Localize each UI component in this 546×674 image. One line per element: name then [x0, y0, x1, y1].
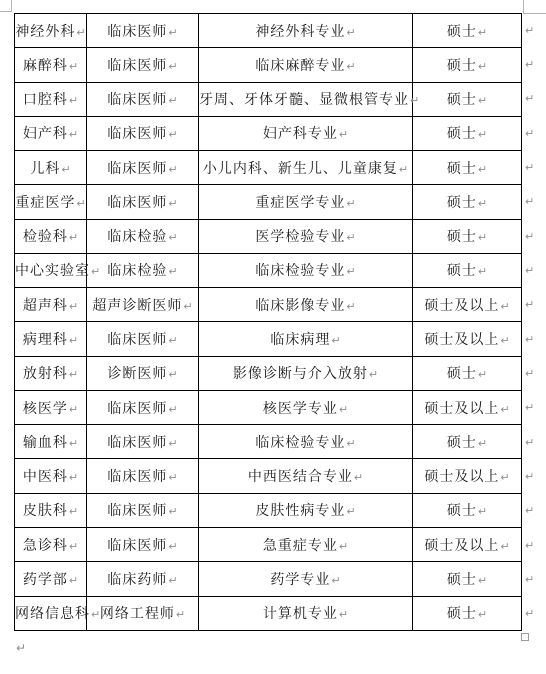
- cell-text: 临床影像专业: [255, 299, 345, 314]
- cell-text: 重症医学专业: [255, 196, 345, 211]
- cell-text: 重症医学: [15, 196, 75, 211]
- cell-text: 临床检验: [107, 264, 167, 279]
- paragraph-mark-icon: ↵: [69, 334, 78, 347]
- cell-text: 神经外科: [15, 25, 75, 40]
- cell-text: 硕士: [447, 230, 477, 245]
- table-cell-degree-requirement[interactable]: 硕士及以上↵: [413, 459, 522, 493]
- paragraph-mark-icon: ↵: [399, 163, 408, 176]
- paragraph-mark-icon: ↵: [69, 540, 78, 553]
- paragraph-mark-icon: ↵: [168, 437, 177, 450]
- table-cell-position-title[interactable]: 临床检验↵: [87, 219, 199, 253]
- table-cell-specialty[interactable]: 医学检验专业↵: [199, 219, 413, 253]
- table-cell-degree-requirement[interactable]: 硕士↵: [413, 48, 522, 82]
- cell-text: 超声诊断医师: [92, 299, 182, 314]
- paragraph-mark-icon: ↵: [339, 128, 348, 141]
- table-cell-department[interactable]: 输血科↵: [15, 425, 87, 459]
- cell-text: 检验科: [23, 230, 68, 245]
- table-cell-department[interactable]: 中医科↵: [15, 459, 87, 493]
- table-cell-degree-requirement[interactable]: 硕士↵: [413, 596, 522, 630]
- table-cell-department[interactable]: 儿科↵: [15, 151, 87, 185]
- table-cell-specialty[interactable]: 小儿内科、新生儿、儿童康复↵: [199, 151, 413, 185]
- table-cell-degree-requirement[interactable]: 硕士↵: [413, 14, 522, 48]
- table-row: 重症医学↵临床医师↵重症医学专业↵硕士↵: [15, 185, 522, 219]
- cell-text: 临床麻醉专业: [255, 59, 345, 74]
- table-cell-degree-requirement[interactable]: 硕士↵: [413, 116, 522, 150]
- paragraph-mark-icon: ↵: [168, 540, 177, 553]
- paragraph-mark-icon: ↵: [168, 94, 177, 107]
- table-cell-degree-requirement[interactable]: 硕士↵: [413, 151, 522, 185]
- end-of-row-mark-icon: ↵: [525, 47, 543, 81]
- table-cell-degree-requirement[interactable]: 硕士↵: [413, 356, 522, 390]
- cell-text: 药学专业: [270, 573, 330, 588]
- table-cell-degree-requirement[interactable]: 硕士↵: [413, 562, 522, 596]
- end-of-row-mark-icon: ↵: [525, 494, 543, 528]
- paragraph-mark-icon: ↵: [410, 94, 419, 107]
- table-cell-specialty[interactable]: 临床病理↵: [199, 322, 413, 356]
- recruitment-positions-table: 神经外科↵临床医师↵神经外科专业↵硕士↵麻醉科↵临床医师↵临床麻醉专业↵硕士↵口…: [14, 13, 522, 631]
- table-cell-position-title[interactable]: 网络工程师↵: [87, 596, 199, 630]
- cell-text: 诊断医师: [107, 367, 167, 382]
- paragraph-mark-icon: ↵: [61, 163, 70, 176]
- cell-text: 妇产科: [23, 127, 68, 142]
- cell-text: 硕士: [447, 264, 477, 279]
- paragraph-mark-icon: ↵: [69, 128, 78, 141]
- paragraph-mark-icon: ↵: [168, 163, 177, 176]
- table-row: 病理科↵临床医师↵临床病理↵硕士及以上↵: [15, 322, 522, 356]
- end-of-row-mark-icon: ↵: [525, 322, 543, 356]
- end-of-row-mark-icon: ↵: [525, 356, 543, 390]
- cell-text: 硕士: [447, 93, 477, 108]
- paragraph-mark-icon: ↵: [69, 231, 78, 244]
- table-cell-position-title[interactable]: 临床医师↵: [87, 82, 199, 116]
- table-cell-department[interactable]: 药学部↵: [15, 562, 87, 596]
- cell-text: 中医科: [23, 470, 68, 485]
- table-cell-degree-requirement[interactable]: 硕士及以上↵: [413, 527, 522, 561]
- cell-text: 牙周、牙体牙髓、显微根管专业: [199, 93, 409, 108]
- paragraph-mark-icon: ↵: [478, 60, 487, 73]
- table-cell-position-title[interactable]: 临床医师↵: [87, 390, 199, 424]
- table-cell-specialty[interactable]: 核医学专业↵: [199, 390, 413, 424]
- paragraph-mark-icon: ↵: [478, 231, 487, 244]
- cell-text: 药学部: [23, 573, 68, 588]
- cell-text: 小儿内科、新生儿、儿童康复: [203, 162, 398, 177]
- paragraph-mark-icon: ↵: [168, 197, 177, 210]
- end-of-row-mark-icon: ↵: [525, 150, 543, 184]
- cell-text: 输血科: [23, 436, 68, 451]
- paragraph-mark-icon: ↵: [478, 437, 487, 450]
- cell-text: 硕士: [447, 573, 477, 588]
- table-cell-specialty[interactable]: 神经外科专业↵: [199, 14, 413, 48]
- end-of-row-mark-icon: ↵: [525, 185, 543, 219]
- paragraph-mark-icon: ↵: [69, 300, 78, 313]
- paragraph-mark-icon: ↵: [76, 197, 85, 210]
- paragraph-mark-icon: ↵: [69, 60, 78, 73]
- table-cell-specialty[interactable]: 急重症专业↵: [199, 527, 413, 561]
- table-cell-degree-requirement[interactable]: 硕士↵: [413, 185, 522, 219]
- table-row: 麻醉科↵临床医师↵临床麻醉专业↵硕士↵: [15, 48, 522, 82]
- table-cell-position-title[interactable]: 临床医师↵: [87, 459, 199, 493]
- cell-text: 临床医师: [107, 162, 167, 177]
- table-row: 神经外科↵临床医师↵神经外科专业↵硕士↵: [15, 14, 522, 48]
- end-of-row-mark-icon: ↵: [525, 562, 543, 596]
- paragraph-mark-icon: ↵: [168, 265, 177, 278]
- table-row: 网络信息科↵网络工程师↵计算机专业↵硕士↵: [15, 596, 522, 630]
- table-cell-position-title[interactable]: 诊断医师↵: [87, 356, 199, 390]
- word-document-page: { "page": { "background": "#ffffff", "te…: [0, 0, 546, 674]
- end-of-row-mark-icon: ↵: [525, 425, 543, 459]
- table-cell-department[interactable]: 超声科↵: [15, 288, 87, 322]
- paragraph-mark-icon: ↵: [69, 505, 78, 518]
- cell-text: 核医学专业: [263, 402, 338, 417]
- cell-text: 临床检验专业: [255, 264, 345, 279]
- table-cell-degree-requirement[interactable]: 硕士↵: [413, 253, 522, 287]
- table-row: 中心实验室↵临床检验↵临床检验专业↵硕士↵: [15, 253, 522, 287]
- cell-text: 临床医师: [107, 402, 167, 417]
- table-cell-department[interactable]: 检验科↵: [15, 219, 87, 253]
- paragraph-mark-icon: ↵: [331, 334, 340, 347]
- table-row: 妇产科↵临床医师↵妇产科专业↵硕士↵: [15, 116, 522, 150]
- table-row: 超声科↵超声诊断医师↵临床影像专业↵硕士及以上↵: [15, 288, 522, 322]
- cell-text: 急诊科: [23, 539, 68, 554]
- table-row: 检验科↵临床检验↵医学检验专业↵硕士↵: [15, 219, 522, 253]
- table-cell-specialty[interactable]: 妇产科专业↵: [199, 116, 413, 150]
- paragraph-mark-icon: ↵: [168, 231, 177, 244]
- cell-text: 硕士: [447, 436, 477, 451]
- end-of-row-mark-icon: ↵: [525, 528, 543, 562]
- cell-text: 临床医师: [107, 196, 167, 211]
- table-cell-degree-requirement[interactable]: 硕士↵: [413, 425, 522, 459]
- end-of-row-mark-icon: ↵: [525, 13, 543, 47]
- table-cell-specialty[interactable]: 皮肤性病专业↵: [199, 493, 413, 527]
- table-cell-department[interactable]: 放射科↵: [15, 356, 87, 390]
- cell-text: 硕士及以上: [424, 539, 499, 554]
- table-row: 核医学↵临床医师↵核医学专业↵硕士及以上↵: [15, 390, 522, 424]
- cell-text: 硕士及以上: [424, 402, 499, 417]
- table-row: 放射科↵诊断医师↵影像诊断与介入放射↵硕士↵: [15, 356, 522, 390]
- table-cell-department[interactable]: 妇产科↵: [15, 116, 87, 150]
- table-cell-position-title[interactable]: 临床医师↵: [87, 493, 199, 527]
- paragraph-mark-icon: ↵: [346, 60, 355, 73]
- paragraph-mark-icon: ↵: [339, 540, 348, 553]
- paragraph-mark-icon: ↵: [183, 300, 192, 313]
- cell-text: 临床病理: [270, 333, 330, 348]
- cell-text: 硕士: [447, 504, 477, 519]
- cell-text: 硕士: [447, 162, 477, 177]
- cell-text: 超声科: [23, 299, 68, 314]
- paragraph-mark-icon: ↵: [168, 128, 177, 141]
- paragraph-mark-icon: ↵: [91, 608, 100, 621]
- cell-text: 硕士及以上: [424, 299, 499, 314]
- table-cell-specialty[interactable]: 中西医结合专业↵: [199, 459, 413, 493]
- cell-text: 口腔科: [23, 93, 68, 108]
- paragraph-mark-icon: ↵: [478, 94, 487, 107]
- cell-text: 麻醉科: [23, 59, 68, 74]
- table-cell-degree-requirement[interactable]: 硕士↵: [413, 493, 522, 527]
- cell-text: 皮肤性病专业: [255, 504, 345, 519]
- paragraph-mark-icon: ↵: [91, 265, 100, 278]
- paragraph-mark-icon: ↵: [76, 26, 85, 39]
- table-cell-department[interactable]: 重症医学↵: [15, 185, 87, 219]
- paragraph-mark-icon: ↵: [346, 300, 355, 313]
- paragraph-mark-icon: ↵: [346, 197, 355, 210]
- table-cell-specialty[interactable]: 临床检验专业↵: [199, 425, 413, 459]
- table-cell-position-title[interactable]: 临床医师↵: [87, 48, 199, 82]
- paragraph-mark-icon: ↵: [478, 163, 487, 176]
- paragraph-mark-icon: ↵: [500, 471, 509, 484]
- table-cell-specialty[interactable]: 临床麻醉专业↵: [199, 48, 413, 82]
- table-cell-department[interactable]: 麻醉科↵: [15, 48, 87, 82]
- paragraph-mark-icon: ↵: [168, 26, 177, 39]
- paragraph-mark-icon: ↵: [500, 300, 509, 313]
- cell-text: 影像诊断与介入放射: [233, 367, 368, 382]
- table-row: 急诊科↵临床医师↵急重症专业↵硕士及以上↵: [15, 527, 522, 561]
- paragraph-mark-icon: ↵: [500, 403, 509, 416]
- cell-text: 临床医师: [107, 59, 167, 74]
- cell-text: 皮肤科: [23, 504, 68, 519]
- cell-text: 临床检验: [107, 230, 167, 245]
- cell-text: 放射科: [23, 367, 68, 382]
- cell-text: 临床医师: [107, 333, 167, 348]
- cell-text: 临床医师: [107, 504, 167, 519]
- paragraph-mark-icon: ↵: [168, 471, 177, 484]
- cell-text: 妇产科专业: [263, 127, 338, 142]
- table-cell-department[interactable]: 中心实验室↵: [15, 253, 87, 287]
- table-cell-position-title[interactable]: 临床医师↵: [87, 185, 199, 219]
- table-cell-department[interactable]: 急诊科↵: [15, 527, 87, 561]
- paragraph-mark-icon: ↵: [339, 608, 348, 621]
- table-cell-specialty[interactable]: 牙周、牙体牙髓、显微根管专业↵: [199, 82, 413, 116]
- paragraph-mark-icon: ↵: [478, 505, 487, 518]
- table-cell-department[interactable]: 口腔科↵: [15, 82, 87, 116]
- paragraph-mark-icon: ↵: [168, 403, 177, 416]
- table-cell-position-title[interactable]: 超声诊断医师↵: [87, 288, 199, 322]
- paragraph-mark-icon: ↵: [168, 368, 177, 381]
- table-cell-position-title[interactable]: 临床医师↵: [87, 527, 199, 561]
- paragraph-mark-icon: ↵: [168, 60, 177, 73]
- end-of-row-mark-icon: ↵: [525, 391, 543, 425]
- paragraph-mark-icon: ↵: [346, 505, 355, 518]
- end-of-row-mark-icon: ↵: [525, 459, 543, 493]
- paragraph-mark-icon: ↵: [478, 608, 487, 621]
- cell-text: 中西医结合专业: [248, 470, 353, 485]
- cell-text: 儿科: [30, 162, 60, 177]
- paragraph-mark-icon: ↵: [168, 334, 177, 347]
- paragraph-mark-icon: ↵: [478, 574, 487, 587]
- cell-text: 网络工程师: [100, 607, 175, 622]
- end-of-row-mark-icon: ↵: [525, 116, 543, 150]
- cell-text: 临床药师: [107, 573, 167, 588]
- paragraph-mark-icon: ↵: [478, 128, 487, 141]
- end-of-row-mark-icon: ↵: [525, 82, 543, 116]
- table-cell-position-title[interactable]: 临床医师↵: [87, 116, 199, 150]
- table-cell-position-title[interactable]: 临床医师↵: [87, 425, 199, 459]
- paragraph-mark-icon: ↵: [354, 471, 363, 484]
- table-row: 输血科↵临床医师↵临床检验专业↵硕士↵: [15, 425, 522, 459]
- table-cell-degree-requirement[interactable]: 硕士↵: [413, 82, 522, 116]
- paragraph-mark-icon: ↵: [69, 403, 78, 416]
- paragraph-mark-icon: ↵: [168, 505, 177, 518]
- cell-text: 硕士: [447, 25, 477, 40]
- cell-text: 临床检验专业: [255, 436, 345, 451]
- table-cell-department[interactable]: 神经外科↵: [15, 14, 87, 48]
- table-cell-specialty[interactable]: 药学专业↵: [199, 562, 413, 596]
- cell-text: 临床医师: [107, 25, 167, 40]
- paragraph-mark-icon: ↵: [478, 197, 487, 210]
- cell-text: 病理科: [23, 333, 68, 348]
- paragraph-mark-icon: ↵: [478, 26, 487, 39]
- paragraph-mark-icon: ↵: [339, 403, 348, 416]
- cell-text: 临床医师: [107, 127, 167, 142]
- paragraph-mark-icon: ↵: [69, 368, 78, 381]
- table-cell-department[interactable]: 皮肤科↵: [15, 493, 87, 527]
- table-cell-specialty[interactable]: 重症医学专业↵: [199, 185, 413, 219]
- paragraph-mark-icon: ↵: [500, 334, 509, 347]
- cell-text: 硕士及以上: [424, 333, 499, 348]
- end-of-row-mark-icon: ↵: [525, 288, 543, 322]
- margin-crop-mark-top-right: [523, 0, 546, 14]
- cell-text: 临床医师: [107, 539, 167, 554]
- table-cell-department[interactable]: 病理科↵: [15, 322, 87, 356]
- paragraph-mark-icon: ↵: [69, 94, 78, 107]
- paragraph-mark-icon: ↵: [346, 26, 355, 39]
- paragraph-mark-icon: ↵: [69, 471, 78, 484]
- table-cell-degree-requirement[interactable]: 硕士及以上↵: [413, 288, 522, 322]
- cell-text: 网络信息科: [15, 607, 90, 622]
- cell-text: 急重症专业: [263, 539, 338, 554]
- cell-text: 临床医师: [107, 470, 167, 485]
- cell-text: 神经外科专业: [255, 25, 345, 40]
- paragraph-mark-icon: ↵: [346, 231, 355, 244]
- cell-text: 硕士: [447, 196, 477, 211]
- table-cell-position-title[interactable]: 临床医师↵: [87, 14, 199, 48]
- paragraph-mark-icon: ↵: [346, 265, 355, 278]
- cell-text: 计算机专业: [263, 607, 338, 622]
- table-cell-degree-requirement[interactable]: 硕士及以上↵: [413, 390, 522, 424]
- cell-text: 硕士及以上: [424, 470, 499, 485]
- end-of-row-mark-icon: ↵: [525, 597, 543, 631]
- paragraph-mark-icon: ↵: [69, 437, 78, 450]
- table-row: 儿科↵临床医师↵小儿内科、新生儿、儿童康复↵硕士↵: [15, 151, 522, 185]
- paragraph-mark-below-table: ↵: [16, 641, 26, 655]
- table-cell-position-title[interactable]: 临床医师↵: [87, 322, 199, 356]
- paragraph-mark-icon: ↵: [478, 368, 487, 381]
- table-cell-specialty[interactable]: 影像诊断与介入放射↵: [199, 356, 413, 390]
- cell-text: 硕士: [447, 127, 477, 142]
- table-cell-department[interactable]: 网络信息科↵: [15, 596, 87, 630]
- row-end-marks: ↵↵↵↵↵↵↵↵↵↵↵↵↵↵↵↵↵↵: [525, 13, 543, 631]
- table-row: 口腔科↵临床医师↵牙周、牙体牙髓、显微根管专业↵硕士↵: [15, 82, 522, 116]
- paragraph-mark-icon: ↵: [69, 574, 78, 587]
- table-row: 药学部↵临床药师↵药学专业↵硕士↵: [15, 562, 522, 596]
- paragraph-mark-icon: ↵: [168, 574, 177, 587]
- cell-text: 临床医师: [107, 436, 167, 451]
- end-of-row-mark-icon: ↵: [525, 253, 543, 287]
- table-cell-specialty[interactable]: 临床影像专业↵: [199, 288, 413, 322]
- paragraph-mark-icon: ↵: [346, 437, 355, 450]
- cell-text: 中心实验室: [15, 264, 90, 279]
- paragraph-mark-icon: ↵: [478, 265, 487, 278]
- table-cell-position-title[interactable]: 临床医师↵: [87, 151, 199, 185]
- table-row: 皮肤科↵临床医师↵皮肤性病专业↵硕士↵: [15, 493, 522, 527]
- cell-text: 临床医师: [107, 93, 167, 108]
- paragraph-mark-icon: ↵: [331, 574, 340, 587]
- table-row: 中医科↵临床医师↵中西医结合专业↵硕士及以上↵: [15, 459, 522, 493]
- table-cell-degree-requirement[interactable]: 硕士↵: [413, 219, 522, 253]
- paragraph-mark-icon: ↵: [500, 540, 509, 553]
- end-of-row-mark-icon: ↵: [525, 219, 543, 253]
- table-cell-department[interactable]: 核医学↵: [15, 390, 87, 424]
- cell-text: 硕士: [447, 607, 477, 622]
- table-cell-specialty[interactable]: 临床检验专业↵: [199, 253, 413, 287]
- table-resize-handle-icon[interactable]: [521, 633, 529, 641]
- cell-text: 硕士: [447, 367, 477, 382]
- paragraph-mark-icon: ↵: [369, 368, 378, 381]
- paragraph-mark-icon: ↵: [176, 608, 185, 621]
- table-cell-position-title[interactable]: 临床检验↵: [87, 253, 199, 287]
- table-cell-specialty[interactable]: 计算机专业↵: [199, 596, 413, 630]
- margin-crop-mark-top-left: [0, 0, 12, 12]
- cell-text: 硕士: [447, 59, 477, 74]
- cell-text: 核医学: [23, 402, 68, 417]
- cell-text: 医学检验专业: [255, 230, 345, 245]
- table-cell-position-title[interactable]: 临床药师↵: [87, 562, 199, 596]
- table-cell-degree-requirement[interactable]: 硕士及以上↵: [413, 322, 522, 356]
- table-body: 神经外科↵临床医师↵神经外科专业↵硕士↵麻醉科↵临床医师↵临床麻醉专业↵硕士↵口…: [15, 14, 522, 631]
